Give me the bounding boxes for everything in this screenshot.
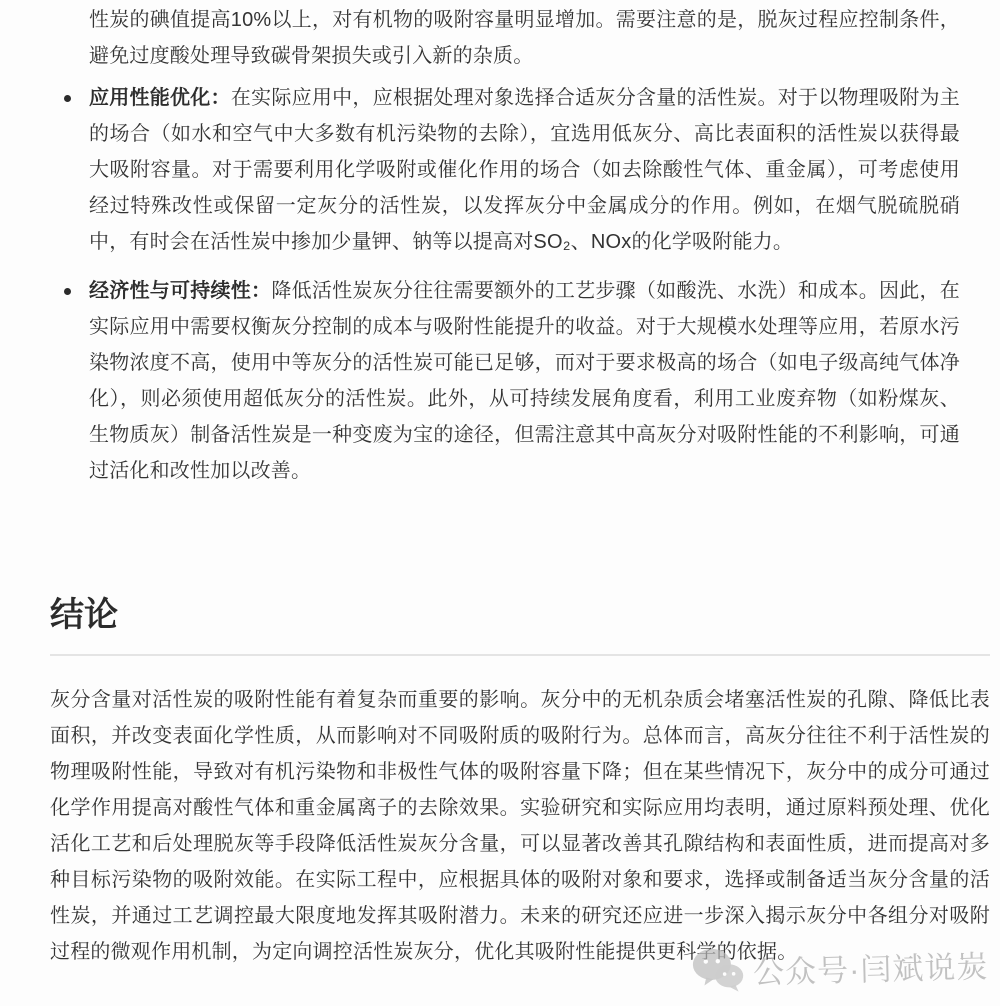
bullet-item-economy: 经济性与可持续性：降低活性炭灰分往往需要额外的工艺步骤（如酸洗、水洗）和成本。因… [89, 273, 960, 489]
conclusion-heading: 结论 [50, 593, 990, 637]
conclusion-paragraph: 灰分含量对活性炭的吸附性能有着复杂而重要的影响。灰分中的无机杂质会堵塞活性炭的孔… [50, 682, 990, 970]
intro-continuation-paragraph: 性炭的碘值提高10%以上，对有机物的吸附容量明显增加。需要注意的是，脱灰过程应控… [89, 2, 960, 74]
bullet-dot [64, 288, 71, 295]
bullet-label-application: 应用性能优化： [89, 87, 231, 109]
bullet-body-economy: 降低活性炭灰分往往需要额外的工艺步骤（如酸洗、水洗）和成本。因此，在实际应用中需… [89, 280, 960, 482]
bullet-list: 应用性能优化：在实际应用中，应根据处理对象选择合适灰分含量的活性炭。对于以物理吸… [50, 80, 990, 489]
article-page: 性炭的碘值提高10%以上，对有机物的吸附容量明显增加。需要注意的是，脱灰过程应控… [0, 0, 1000, 970]
bullet-label-economy: 经济性与可持续性： [89, 280, 271, 302]
bullet-dot [64, 95, 71, 102]
bullet-item-application: 应用性能优化：在实际应用中，应根据处理对象选择合适灰分含量的活性炭。对于以物理吸… [89, 80, 960, 260]
bullet-body-application: 在实际应用中，应根据处理对象选择合适灰分含量的活性炭。对于以物理吸附为主的场合（… [89, 87, 960, 253]
section-divider [50, 654, 990, 656]
